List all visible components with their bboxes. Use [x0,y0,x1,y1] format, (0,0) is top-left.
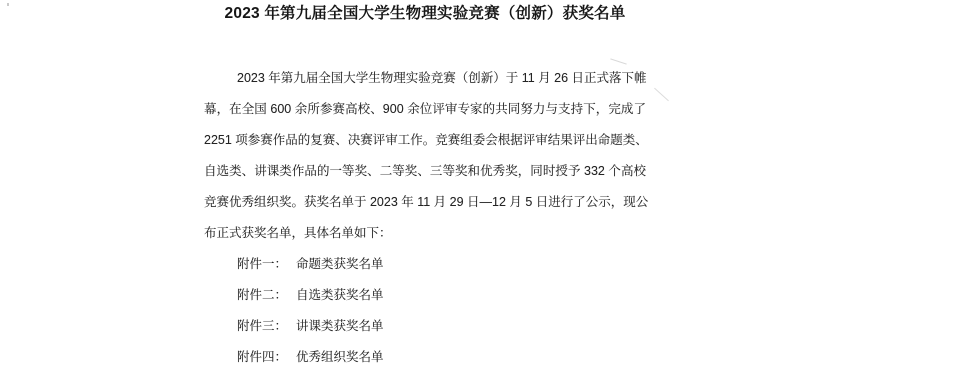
document-content: 2023 年第九届全国大学生物理实验竞赛（创新）获奖名单 2023 年第九届全国… [204,0,646,373]
document-title: 2023 年第九届全国大学生物理实验竞赛（创新）获奖名单 [204,4,646,24]
attachment-name: 优秀组织奖名单 [296,350,384,364]
paragraph-line: 2023 年第九届全国大学生物理实验竞赛（创新）于 11 月 26 日正式落下帷 [204,63,646,94]
attachment-name: 讲课类获奖名单 [296,319,384,333]
scanned-document-page: 2023 年第九届全国大学生物理实验竞赛（创新）获奖名单 2023 年第九届全国… [0,0,955,382]
scan-artifact-dot [7,3,9,6]
paragraph-line: 幕，在全国 600 余所参赛高校、900 余位评审专家的共同努力与支持下，完成了 [204,94,646,125]
attachment-item: 附件一：命题类获奖名单 [204,249,646,280]
scan-artifact-streak [654,88,669,101]
document-paragraph: 2023 年第九届全国大学生物理实验竞赛（创新）于 11 月 26 日正式落下帷… [204,63,646,249]
attachment-list: 附件一：命题类获奖名单 附件二：自选类获奖名单 附件三：讲课类获奖名单 附件四：… [204,249,646,373]
attachment-item: 附件二：自选类获奖名单 [204,280,646,311]
attachment-label: 附件四： [237,350,287,364]
attachment-label: 附件二： [237,288,287,302]
attachment-name: 命题类获奖名单 [296,257,384,271]
attachment-item: 附件四：优秀组织奖名单 [204,342,646,373]
paragraph-line: 布正式获奖名单，具体名单如下： [204,218,646,249]
paragraph-line: 2251 项参赛作品的复赛、决赛评审工作。竞赛组委会根据评审结果评出命题类、 [204,125,646,156]
paragraph-line: 竞赛优秀组织奖。获奖名单于 2023 年 11 月 29 日—12 月 5 日进… [204,187,646,218]
attachment-label: 附件三： [237,319,287,333]
attachment-item: 附件三：讲课类获奖名单 [204,311,646,342]
attachment-name: 自选类获奖名单 [296,288,384,302]
attachment-label: 附件一： [237,257,287,271]
paragraph-line: 自选类、讲课类作品的一等奖、二等奖、三等奖和优秀奖，同时授予 332 个高校 [204,156,646,187]
